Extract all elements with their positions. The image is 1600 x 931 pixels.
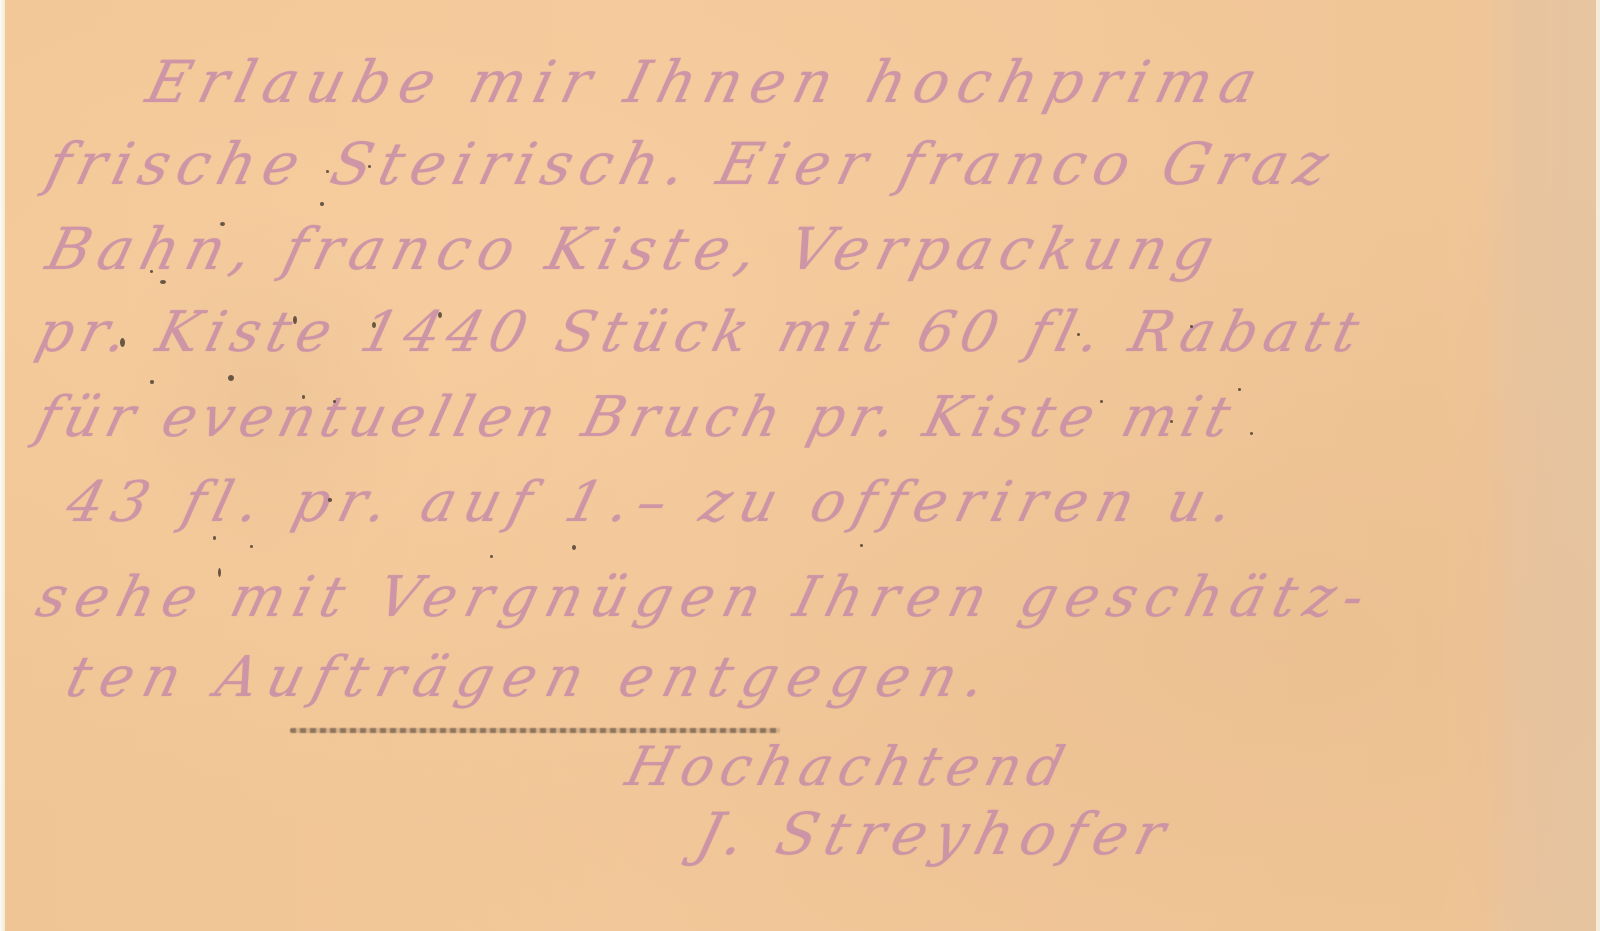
ink-speck [150,270,153,273]
handwritten-line-1: Erlaube mir Ihnen hochprima [140,48,1273,116]
card-left-edge [0,0,5,931]
closing-salutation: Hochachtend [620,735,1078,798]
ink-speck [213,536,216,540]
handwritten-line-3: Bahn, franco Kiste, Verpackung [40,215,1229,283]
ink-speck [438,312,442,318]
ink-speck [372,322,376,328]
card-right-faded-strip [1480,0,1600,931]
handwritten-line-4: pr. Kiste 1440 Stück mit 60 fl. Rabatt [30,300,1372,365]
ink-speck [368,165,371,168]
handwritten-line-8: ten Aufträgen entgegen. [60,645,1002,710]
handwritten-line-2: frische Steirisch. Eier franco Graz [40,130,1343,198]
ink-speck [302,395,305,399]
ink-speck [1100,400,1103,403]
ink-speck [328,498,332,502]
ink-speck [160,280,166,284]
card-right-edge [1596,0,1600,931]
ink-speck [1190,325,1193,328]
ink-speck [320,202,324,206]
ink-speck [1077,333,1080,336]
postcard: Erlaube mir Ihnen hochprima frische Stei… [0,0,1600,931]
ink-speck [1250,432,1253,435]
ink-speck [1170,420,1173,423]
ink-speck [220,222,225,226]
ink-speck [860,544,863,547]
ink-speck [228,375,234,381]
ink-speck [250,545,253,548]
ink-speck [120,338,125,347]
ink-speck [150,380,154,384]
handwritten-line-7: sehe mit Vergnügen Ihren geschätz- [30,565,1380,630]
ink-speck [326,170,329,173]
ink-speck [572,545,576,550]
ink-speck [293,316,297,324]
ink-speck [490,555,493,558]
ink-speck [1238,388,1241,391]
handwritten-line-6: 43 fl. pr. auf 1.– zu offeriren u. [60,470,1249,535]
handwritten-line-5: für eventuellen Bruch pr. Kiste mit [30,385,1243,450]
ink-speck [218,568,221,577]
signature: J. Streyhofer [690,800,1180,868]
pencil-stroke-mark [290,728,780,733]
ink-speck [333,400,336,403]
